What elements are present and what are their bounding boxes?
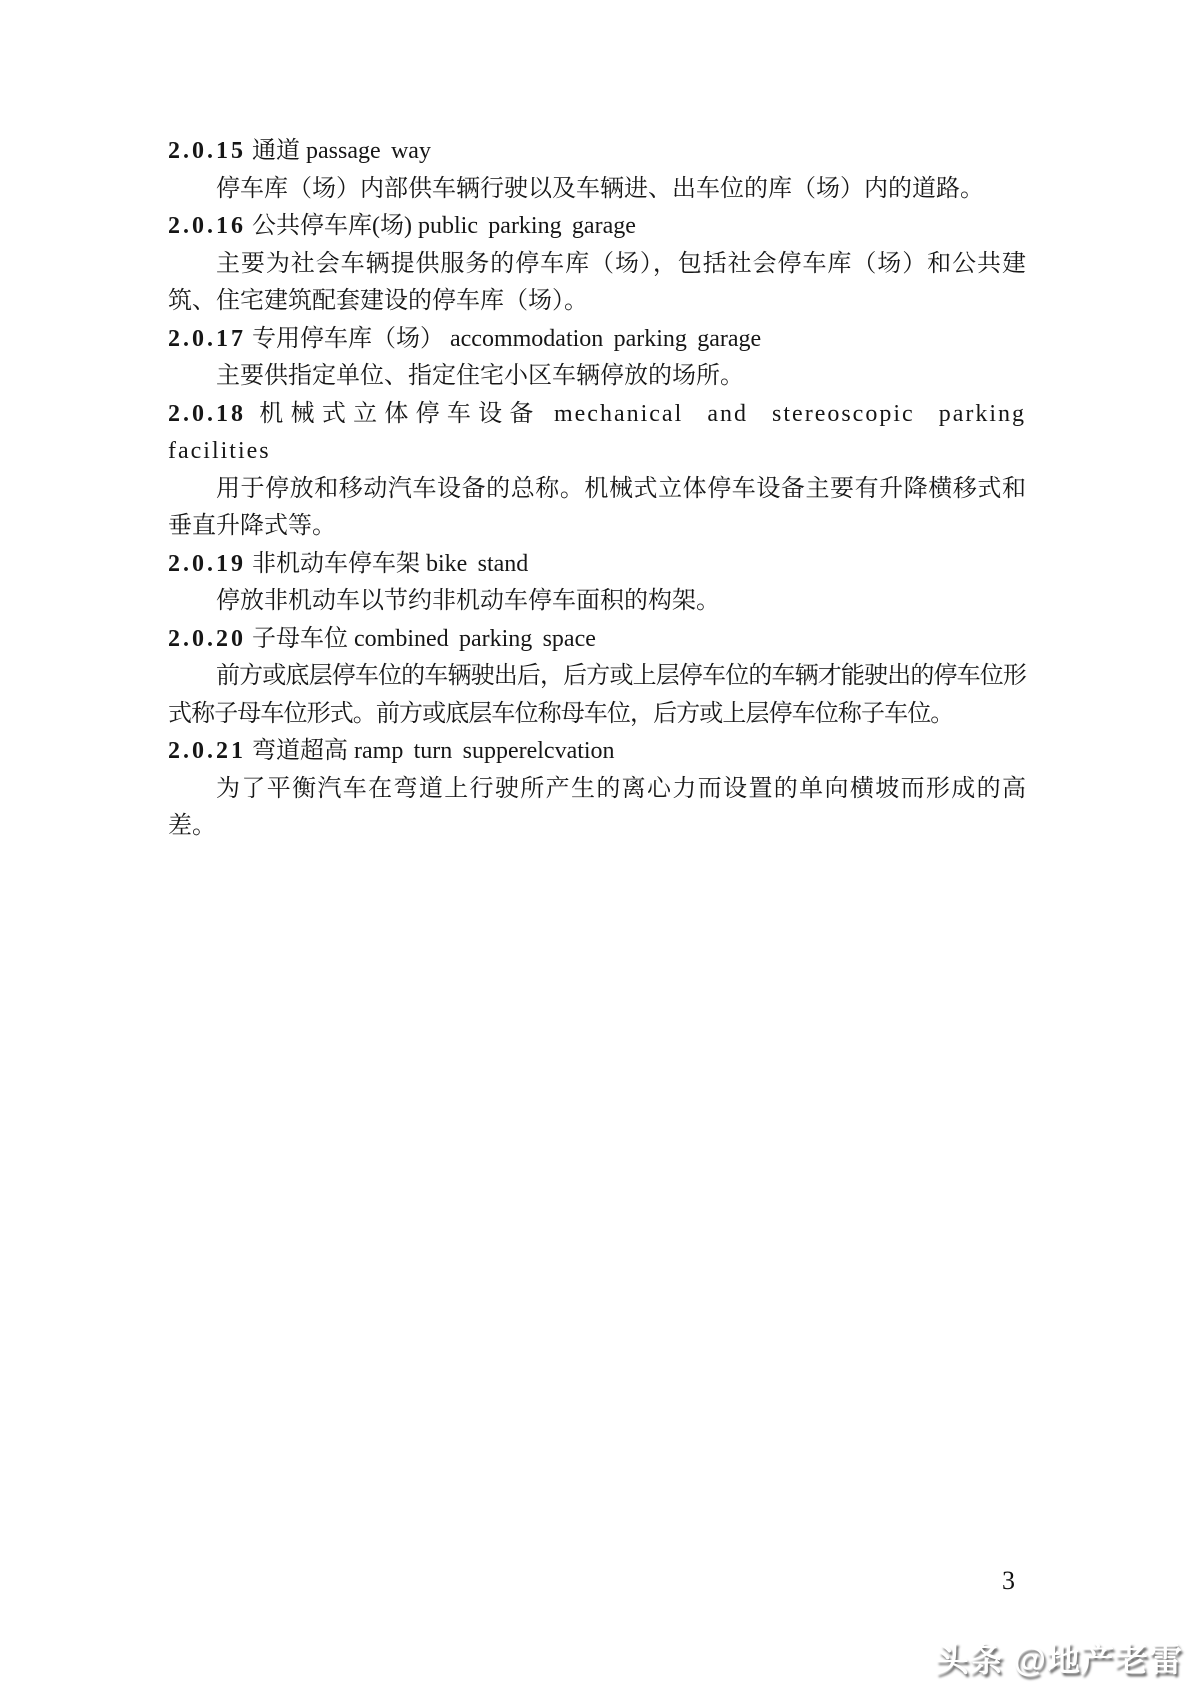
entry-heading: 2.0.18 机械式立体停车设备 mechanical and stereosc…: [168, 396, 1026, 471]
entry-heading: 2.0.16 公共停车库(场) public parking garage: [168, 208, 1026, 246]
entry-number: 2.0.19: [168, 551, 246, 577]
entry-term-en: ramp turn supperelcvation: [354, 738, 615, 764]
terminology-list: 2.0.15 通道 passage way 停车库（场）内部供车辆行驶以及车辆进…: [168, 133, 1026, 846]
entry-definition: 主要供指定单位、指定住宅小区车辆停放的场所。: [168, 358, 1026, 396]
entry-term-en: passage way: [306, 138, 431, 164]
terminology-entry: 2.0.15 通道 passage way 停车库（场）内部供车辆行驶以及车辆进…: [168, 133, 1026, 208]
entry-heading: 2.0.19 非机动车停车架 bike stand: [168, 546, 1026, 584]
entry-definition: 用于停放和移动汽车设备的总称。机械式立体停车设备主要有升降横移式和垂直升降式等。: [168, 471, 1026, 546]
page-number: 3: [1002, 1566, 1015, 1596]
entry-number: 2.0.20: [168, 626, 246, 652]
entry-definition: 前方或底层停车位的车辆驶出后，后方或上层停车位的车辆才能驶出的停车位形式称子母车…: [168, 658, 1026, 733]
entry-term-zh: 非机动车停车架: [252, 551, 420, 577]
entry-term-zh: 专用停车库（场）: [252, 326, 444, 352]
document-page: 2.0.15 通道 passage way 停车库（场）内部供车辆行驶以及车辆进…: [0, 0, 1200, 1697]
toutiao-watermark: 头条 @地产老雷: [936, 1634, 1183, 1681]
entry-definition: 停车库（场）内部供车辆行驶以及车辆进、出车位的库（场）内的道路。: [168, 171, 1026, 209]
entry-number: 2.0.18: [168, 401, 246, 427]
entry-term-zh: 机械式立体停车设备: [259, 401, 540, 427]
entry-heading: 2.0.17 专用停车库（场） accommodation parking ga…: [168, 321, 1026, 359]
terminology-entry: 2.0.21 弯道超高 ramp turn supperelcvation 为了…: [168, 733, 1026, 846]
entry-term-en: bike stand: [426, 551, 528, 577]
entry-term-zh: 弯道超高: [252, 738, 348, 764]
entry-heading: 2.0.20 子母车位 combined parking space: [168, 621, 1026, 659]
entry-heading: 2.0.15 通道 passage way: [168, 133, 1026, 171]
entry-term-en: public parking garage: [418, 213, 636, 239]
entry-definition: 为了平衡汽车在弯道上行驶所产生的离心力而设置的单向横坡而形成的高差。: [168, 771, 1026, 846]
entry-definition: 停放非机动车以节约非机动车停车面积的构架。: [168, 583, 1026, 621]
entry-number: 2.0.15: [168, 138, 246, 164]
terminology-entry: 2.0.19 非机动车停车架 bike stand 停放非机动车以节约非机动车停…: [168, 546, 1026, 621]
entry-term-en: combined parking space: [354, 626, 596, 652]
terminology-entry: 2.0.20 子母车位 combined parking space 前方或底层…: [168, 621, 1026, 734]
entry-term-en: accommodation parking garage: [450, 326, 761, 352]
entry-heading: 2.0.21 弯道超高 ramp turn supperelcvation: [168, 733, 1026, 771]
entry-term-zh: 子母车位: [252, 626, 348, 652]
entry-term-zh: 通道: [252, 138, 300, 164]
entry-number: 2.0.21: [168, 738, 246, 764]
terminology-entry: 2.0.17 专用停车库（场） accommodation parking ga…: [168, 321, 1026, 396]
terminology-entry: 2.0.16 公共停车库(场) public parking garage 主要…: [168, 208, 1026, 321]
entry-term-zh: 公共停车库(场): [252, 213, 412, 239]
entry-number: 2.0.17: [168, 326, 246, 352]
entry-definition: 主要为社会车辆提供服务的停车库（场），包括社会停车库（场）和公共建筑、住宅建筑配…: [168, 246, 1026, 321]
terminology-entry: 2.0.18 机械式立体停车设备 mechanical and stereosc…: [168, 396, 1026, 546]
entry-number: 2.0.16: [168, 213, 246, 239]
